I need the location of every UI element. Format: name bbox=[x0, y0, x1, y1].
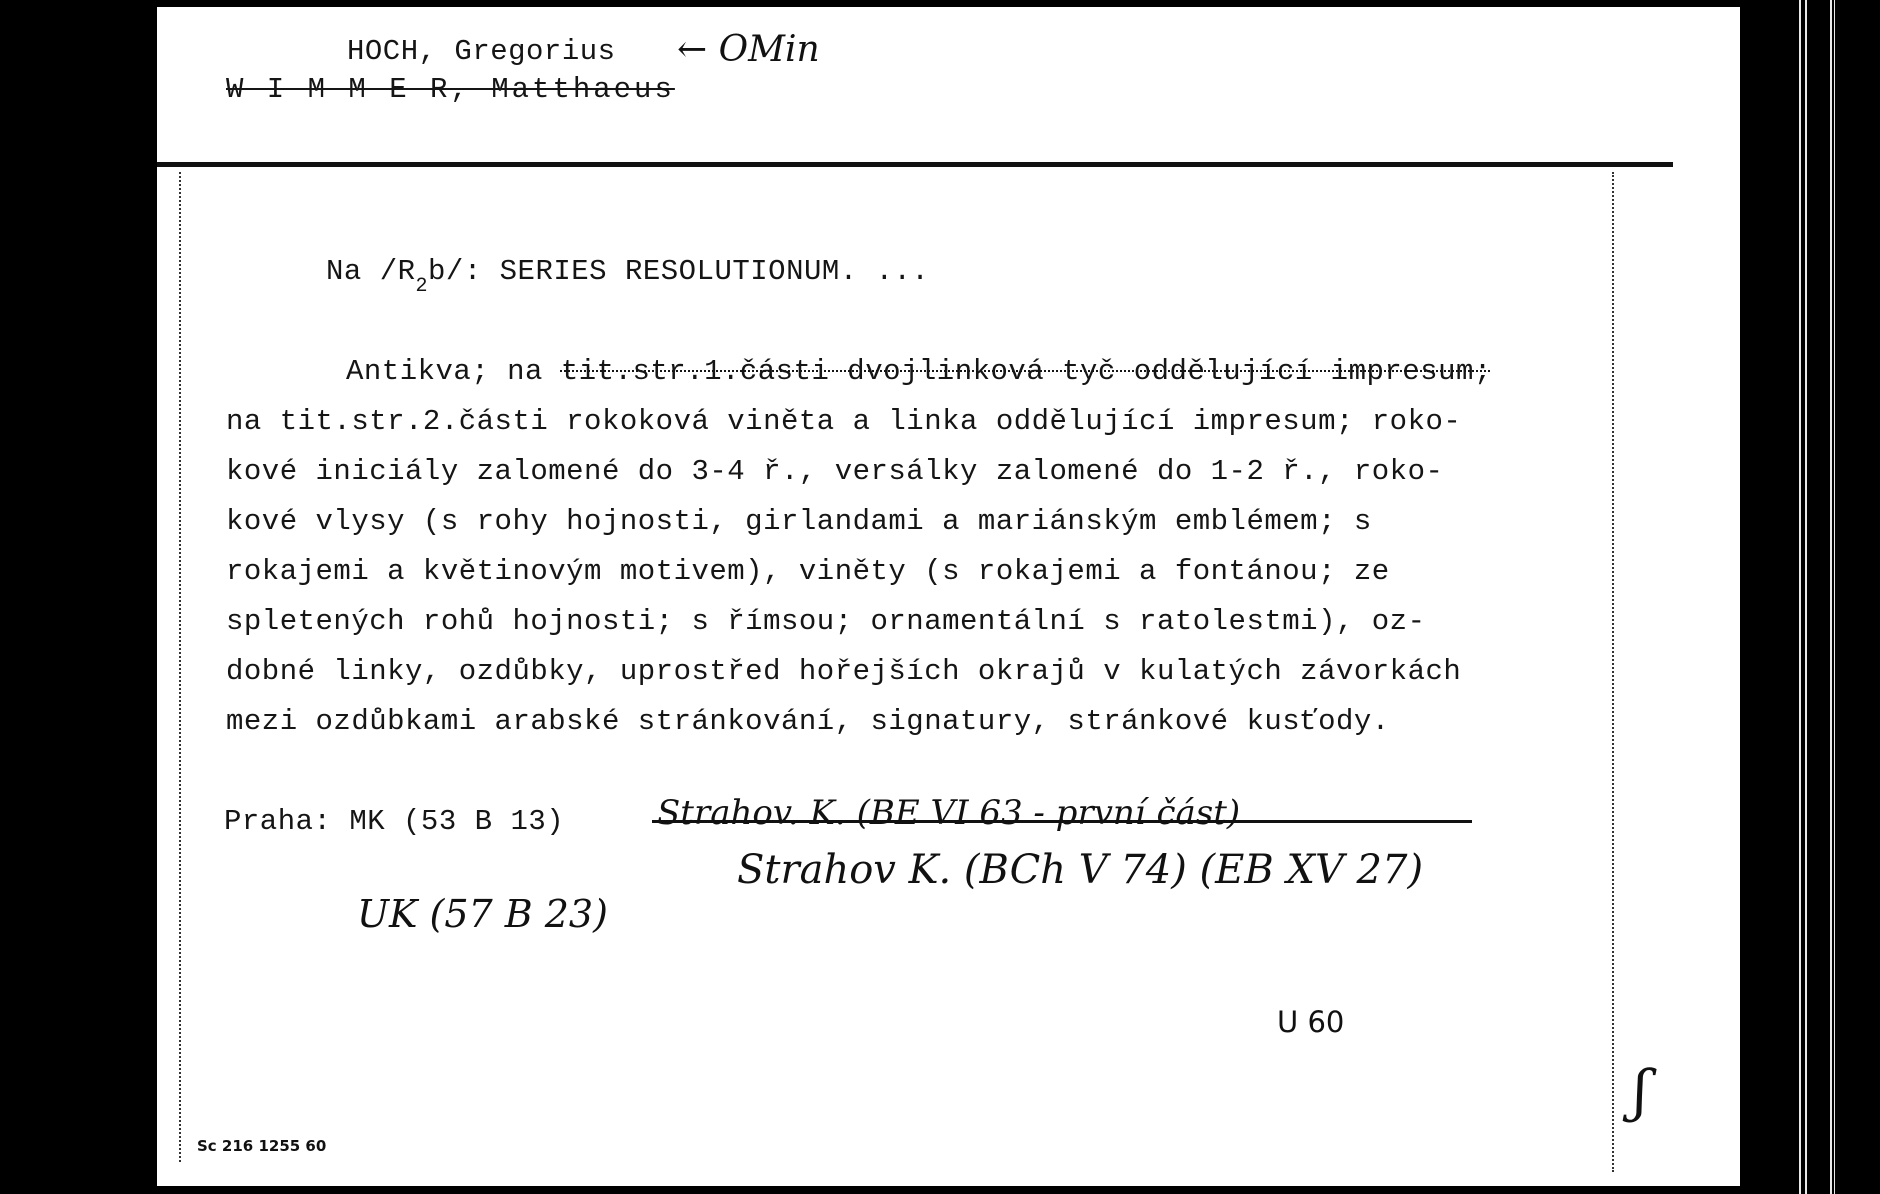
left-margin-line bbox=[179, 172, 181, 1162]
primary-name: HOCH, Gregorius bbox=[347, 35, 616, 68]
body-line: mezi ozdůbkami arabské stránkování, sign… bbox=[226, 705, 1390, 738]
footer-code: Sc 216 1255 60 bbox=[197, 1137, 326, 1155]
body-line: kové iniciály zalomené do 3-4 ř., versál… bbox=[226, 455, 1443, 488]
scan-edge-line bbox=[1830, 0, 1832, 1194]
handwritten-strike-line bbox=[652, 820, 1472, 823]
holdings-handwritten-uk: UK (57 B 23) bbox=[357, 892, 608, 936]
holdings-handwritten-added: Strahov K. (BCh V 74) (EB XV 27) bbox=[737, 847, 1423, 893]
holdings-handwritten-struck: Strahov. K. (BE VI 63 - první část) bbox=[657, 793, 1240, 833]
margin-mark: ʃ bbox=[1633, 1059, 1648, 1124]
body-line: rokajemi a květinovým motivem), viněty (… bbox=[226, 555, 1390, 588]
body-line: dobné linky, ozdůbky, uprostřed hořejšíc… bbox=[226, 655, 1461, 688]
scan-edge-line bbox=[1834, 0, 1835, 1194]
body-line: kové vlysy (s rohy hojnosti, girlandami … bbox=[226, 505, 1372, 538]
scan-edge-line bbox=[1805, 0, 1807, 1194]
handwritten-name-annotation: ← OMin bbox=[677, 29, 820, 70]
header-divider bbox=[157, 162, 1673, 167]
scan-edge-line bbox=[1799, 0, 1801, 1194]
right-margin-line bbox=[1612, 172, 1614, 1172]
body-line: spletených rohů hojnosti; s římsou; orna… bbox=[226, 605, 1426, 638]
holdings-typed: Praha: MK (53 B 13) bbox=[224, 805, 564, 838]
struck-name: W I M M E R, Matthaeus bbox=[226, 73, 675, 106]
call-number: U 60 bbox=[1277, 1005, 1344, 1039]
title-line: Na /R2b/: SERIES RESOLUTIONUM. ... bbox=[326, 255, 929, 288]
catalog-card: HOCH, Gregorius ← OMin W I M M E R, Matt… bbox=[157, 7, 1740, 1186]
body-line: na tit.str.2.části rokoková viněta a lin… bbox=[226, 405, 1461, 438]
body-line-1: Antikva; na tit.str.1.části dvojlinková … bbox=[346, 355, 1492, 388]
